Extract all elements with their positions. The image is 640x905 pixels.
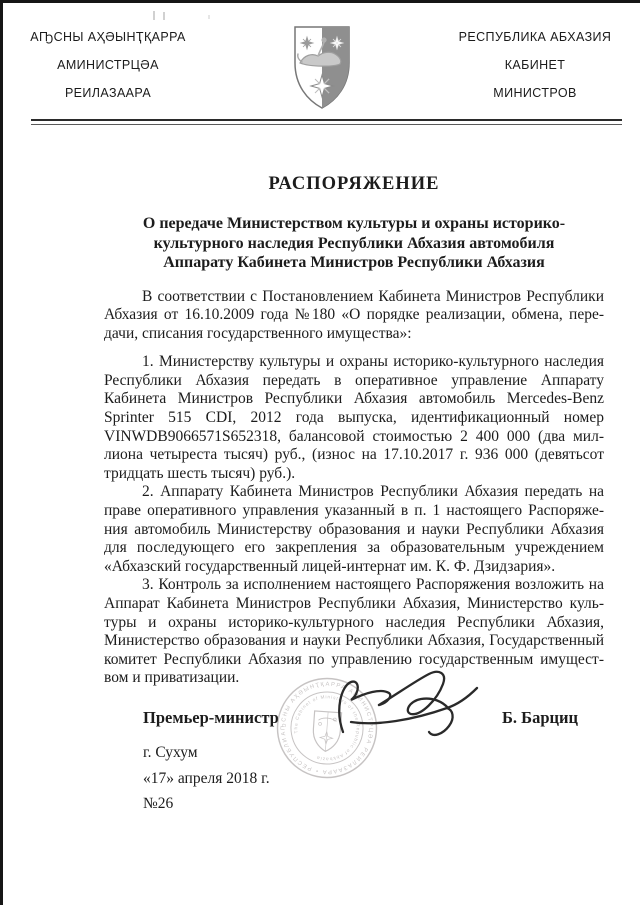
letterhead-right-line: РЕСПУБЛИКА АБХАЗИЯ	[450, 23, 620, 51]
content-column: РАСПОРЯЖЕНИЕ О передаче Министерством ку…	[104, 174, 604, 688]
body-line: 3. Контроль за исполнением настоящего Ра…	[104, 576, 604, 595]
letterhead-right-line: КАБИНЕТ	[450, 51, 620, 79]
paragraph: 2. Аппарату Кабинета Министров Республик…	[104, 483, 604, 576]
footer-date: «17» апреля 2018 г.	[143, 770, 270, 788]
paragraph: 1. Министерству культуры и охраны истори…	[104, 353, 604, 483]
body-line: Кабинета Министров Республики Абхазия ав…	[104, 390, 604, 409]
letterhead-left-line: АҦСНЫ АҲӘЫНҬҚАРРА	[23, 23, 193, 51]
letterhead: АҦСНЫ АҲӘЫНҬҚАРРА АМИНИСТРЦӘА РЕИЛАЗААРА	[3, 3, 640, 113]
document-page: АҦСНЫ АҲӘЫНҬҚАРРА АМИНИСТРЦӘА РЕИЛАЗААРА	[0, 0, 640, 905]
letterhead-right: РЕСПУБЛИКА АБХАЗИЯ КАБИНЕТ МИНИСТРОВ	[450, 23, 620, 107]
footer-number: №26	[143, 795, 173, 813]
body-line: лиона четыреста тысяч) руб., (износ на 1…	[104, 446, 604, 465]
subtitle-line: Аппарату Кабинета Министров Республики А…	[104, 253, 604, 273]
subtitle-line: культурного наследия Республики Абхазия …	[104, 234, 604, 254]
body-line: праве оперативного управления указанный …	[104, 502, 604, 521]
letterhead-rule	[31, 119, 622, 125]
letterhead-left: АҦСНЫ АҲӘЫНҬҚАРРА АМИНИСТРЦӘА РЕИЛАЗААРА	[23, 23, 193, 107]
body-line: Аппарат Кабинета Министров Республики Аб…	[104, 595, 604, 614]
coat-of-arms-icon	[290, 23, 354, 113]
signature-scrawl	[321, 666, 489, 756]
body-line: Абхазия от 16.10.2009 года №180 «О поряд…	[104, 306, 604, 325]
body-line: VINWDB9066571S652318, балансовой стоимос…	[104, 428, 604, 447]
emblem-wrap	[193, 23, 450, 113]
letterhead-left-line: РЕИЛАЗААРА	[23, 79, 193, 107]
scan-artifact	[208, 15, 210, 19]
letterhead-right-line: МИНИСТРОВ	[450, 79, 620, 107]
scan-artifact	[153, 11, 155, 20]
body-line: тридцать шесть тысяч) руб.).	[104, 465, 604, 484]
body-line: дачи, списания государственного имуществ…	[104, 325, 604, 344]
body-line: Республики Абхазия передать в оперативно…	[104, 372, 604, 391]
body-line: В соответствии с Постановлением Кабинета…	[104, 288, 604, 307]
subtitle-line: О передаче Министерством культуры и охра…	[104, 214, 604, 234]
signer-name: Б. Барциц	[502, 708, 578, 728]
document-title: РАСПОРЯЖЕНИЕ	[104, 174, 604, 195]
body-line: 1. Министерству культуры и охраны истори…	[104, 353, 604, 372]
letterhead-left-line: АМИНИСТРЦӘА	[23, 51, 193, 79]
body-line: ния автомобиль Министерству образования …	[104, 521, 604, 540]
footer-city: г. Сухум	[143, 744, 198, 762]
body-line: Sprinter 515 CDI, 2012 года выпуска, иде…	[104, 409, 604, 428]
body-line: для последующего его закрепления за обра…	[104, 539, 604, 558]
body-paragraphs: В соответствии с Постановлением Кабинета…	[104, 288, 604, 688]
document-subtitle: О передаче Министерством культуры и охра…	[104, 214, 604, 273]
body-line: 2. Аппарату Кабинета Министров Республик…	[104, 483, 604, 502]
paragraph: В соответствии с Постановлением Кабинета…	[104, 288, 604, 344]
signer-role: Премьер-министр	[143, 708, 279, 728]
body-line: туры и охраны историко-культурного насле…	[104, 614, 604, 633]
scan-artifact	[163, 12, 165, 20]
body-line: «Абхазский государственный лицей-интерна…	[104, 558, 604, 577]
body-line: Министерство образования и науки Республ…	[104, 632, 604, 651]
